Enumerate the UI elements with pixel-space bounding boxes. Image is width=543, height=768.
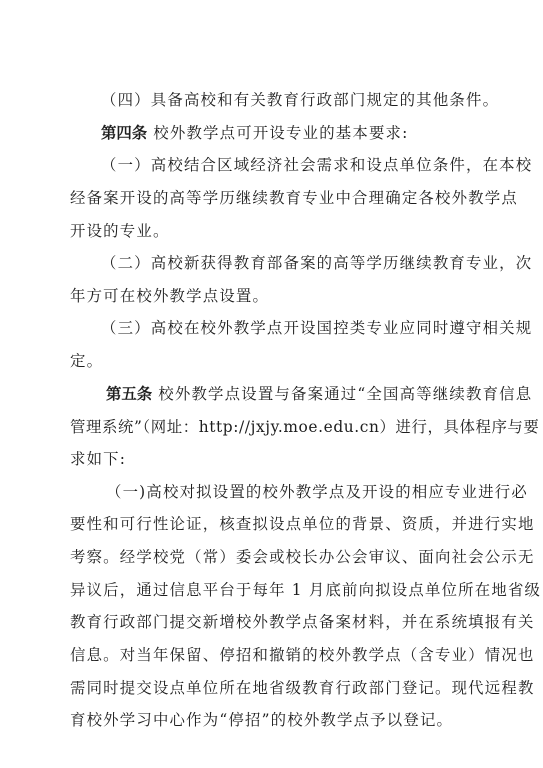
article-5-item-1-line-2: 要性和可行性论证，核查拟设点单位的背景、资质，并进行实地 bbox=[70, 514, 474, 534]
article-5-item-1-line-1: （一)高校对拟设置的校外教学点及开设的相应专业进行必 bbox=[106, 482, 510, 502]
article-4-item-3-line-1: （三）高校在校外教学点开设国控类专业应同时遵守相关规 bbox=[101, 318, 505, 338]
article-5-item-1-line-5: 教育行政部门提交新增校外教学点备案材料，并在系统填报有关 bbox=[70, 612, 474, 632]
document-page: （四）具备高校和有关教育行政部门规定的其他条件。 第四条 校外教学点可开设专业的… bbox=[0, 0, 543, 768]
article-4-item-2-line-1: （二）高校新获得教育部备案的高等学历继续教育专业，次 bbox=[101, 253, 505, 273]
article-4-item-2-line-2: 年方可在校外教学点设置。 bbox=[70, 286, 474, 306]
article-5-item-1-line-6: 信息。对当年保留、停招和撤销的校外教学点（含专业）情况也 bbox=[70, 645, 474, 665]
article-5-text: 校外教学点设置与备案通过“全国高等继续教育信息 bbox=[158, 385, 532, 403]
article-5-line-1: 第五条 校外教学点设置与备案通过“全国高等继续教育信息 bbox=[106, 384, 510, 404]
article-4-heading: 第四条 bbox=[101, 124, 147, 142]
article-5-item-1-line-8: 育校外学习中心作为“停招”的校外教学点予以登记。 bbox=[70, 710, 474, 730]
article-5-line-3: 求如下: bbox=[70, 449, 474, 469]
article-4-item-1-line-2: 经备案开设的高等学历继续教育专业中合理确定各校外教学点 bbox=[70, 188, 474, 208]
article-5-line-2: 管理系统”（网址：http://jxjy.moe.edu.cn）进行，具体程序与… bbox=[70, 417, 474, 437]
paragraph-item-4: （四）具备高校和有关教育行政部门规定的其他条件。 bbox=[101, 90, 505, 110]
article-5-item-1-line-7: 需同时提交设点单位所在地省级教育行政部门登记。现代远程教 bbox=[70, 678, 474, 698]
article-4-item-1-line-3: 开设的专业。 bbox=[70, 221, 474, 241]
article-5-heading: 第五条 bbox=[106, 385, 152, 403]
article-4-text: 校外教学点可开设专业的基本要求: bbox=[153, 124, 408, 142]
article-5-item-1-line-3: 考察。经学校党（常）委会或校长办公会审议、面向社会公示无 bbox=[70, 547, 474, 567]
article-5-item-1-line-4: 异议后，通过信息平台于每年 1 月底前向拟设点单位所在地省级 bbox=[70, 580, 474, 600]
article-4-item-1-line-1: （一）高校结合区域经济社会需求和设点单位条件，在本校 bbox=[101, 155, 505, 175]
article-4-line: 第四条 校外教学点可开设专业的基本要求: bbox=[101, 123, 505, 143]
article-4-item-3-line-2: 定。 bbox=[70, 351, 474, 371]
